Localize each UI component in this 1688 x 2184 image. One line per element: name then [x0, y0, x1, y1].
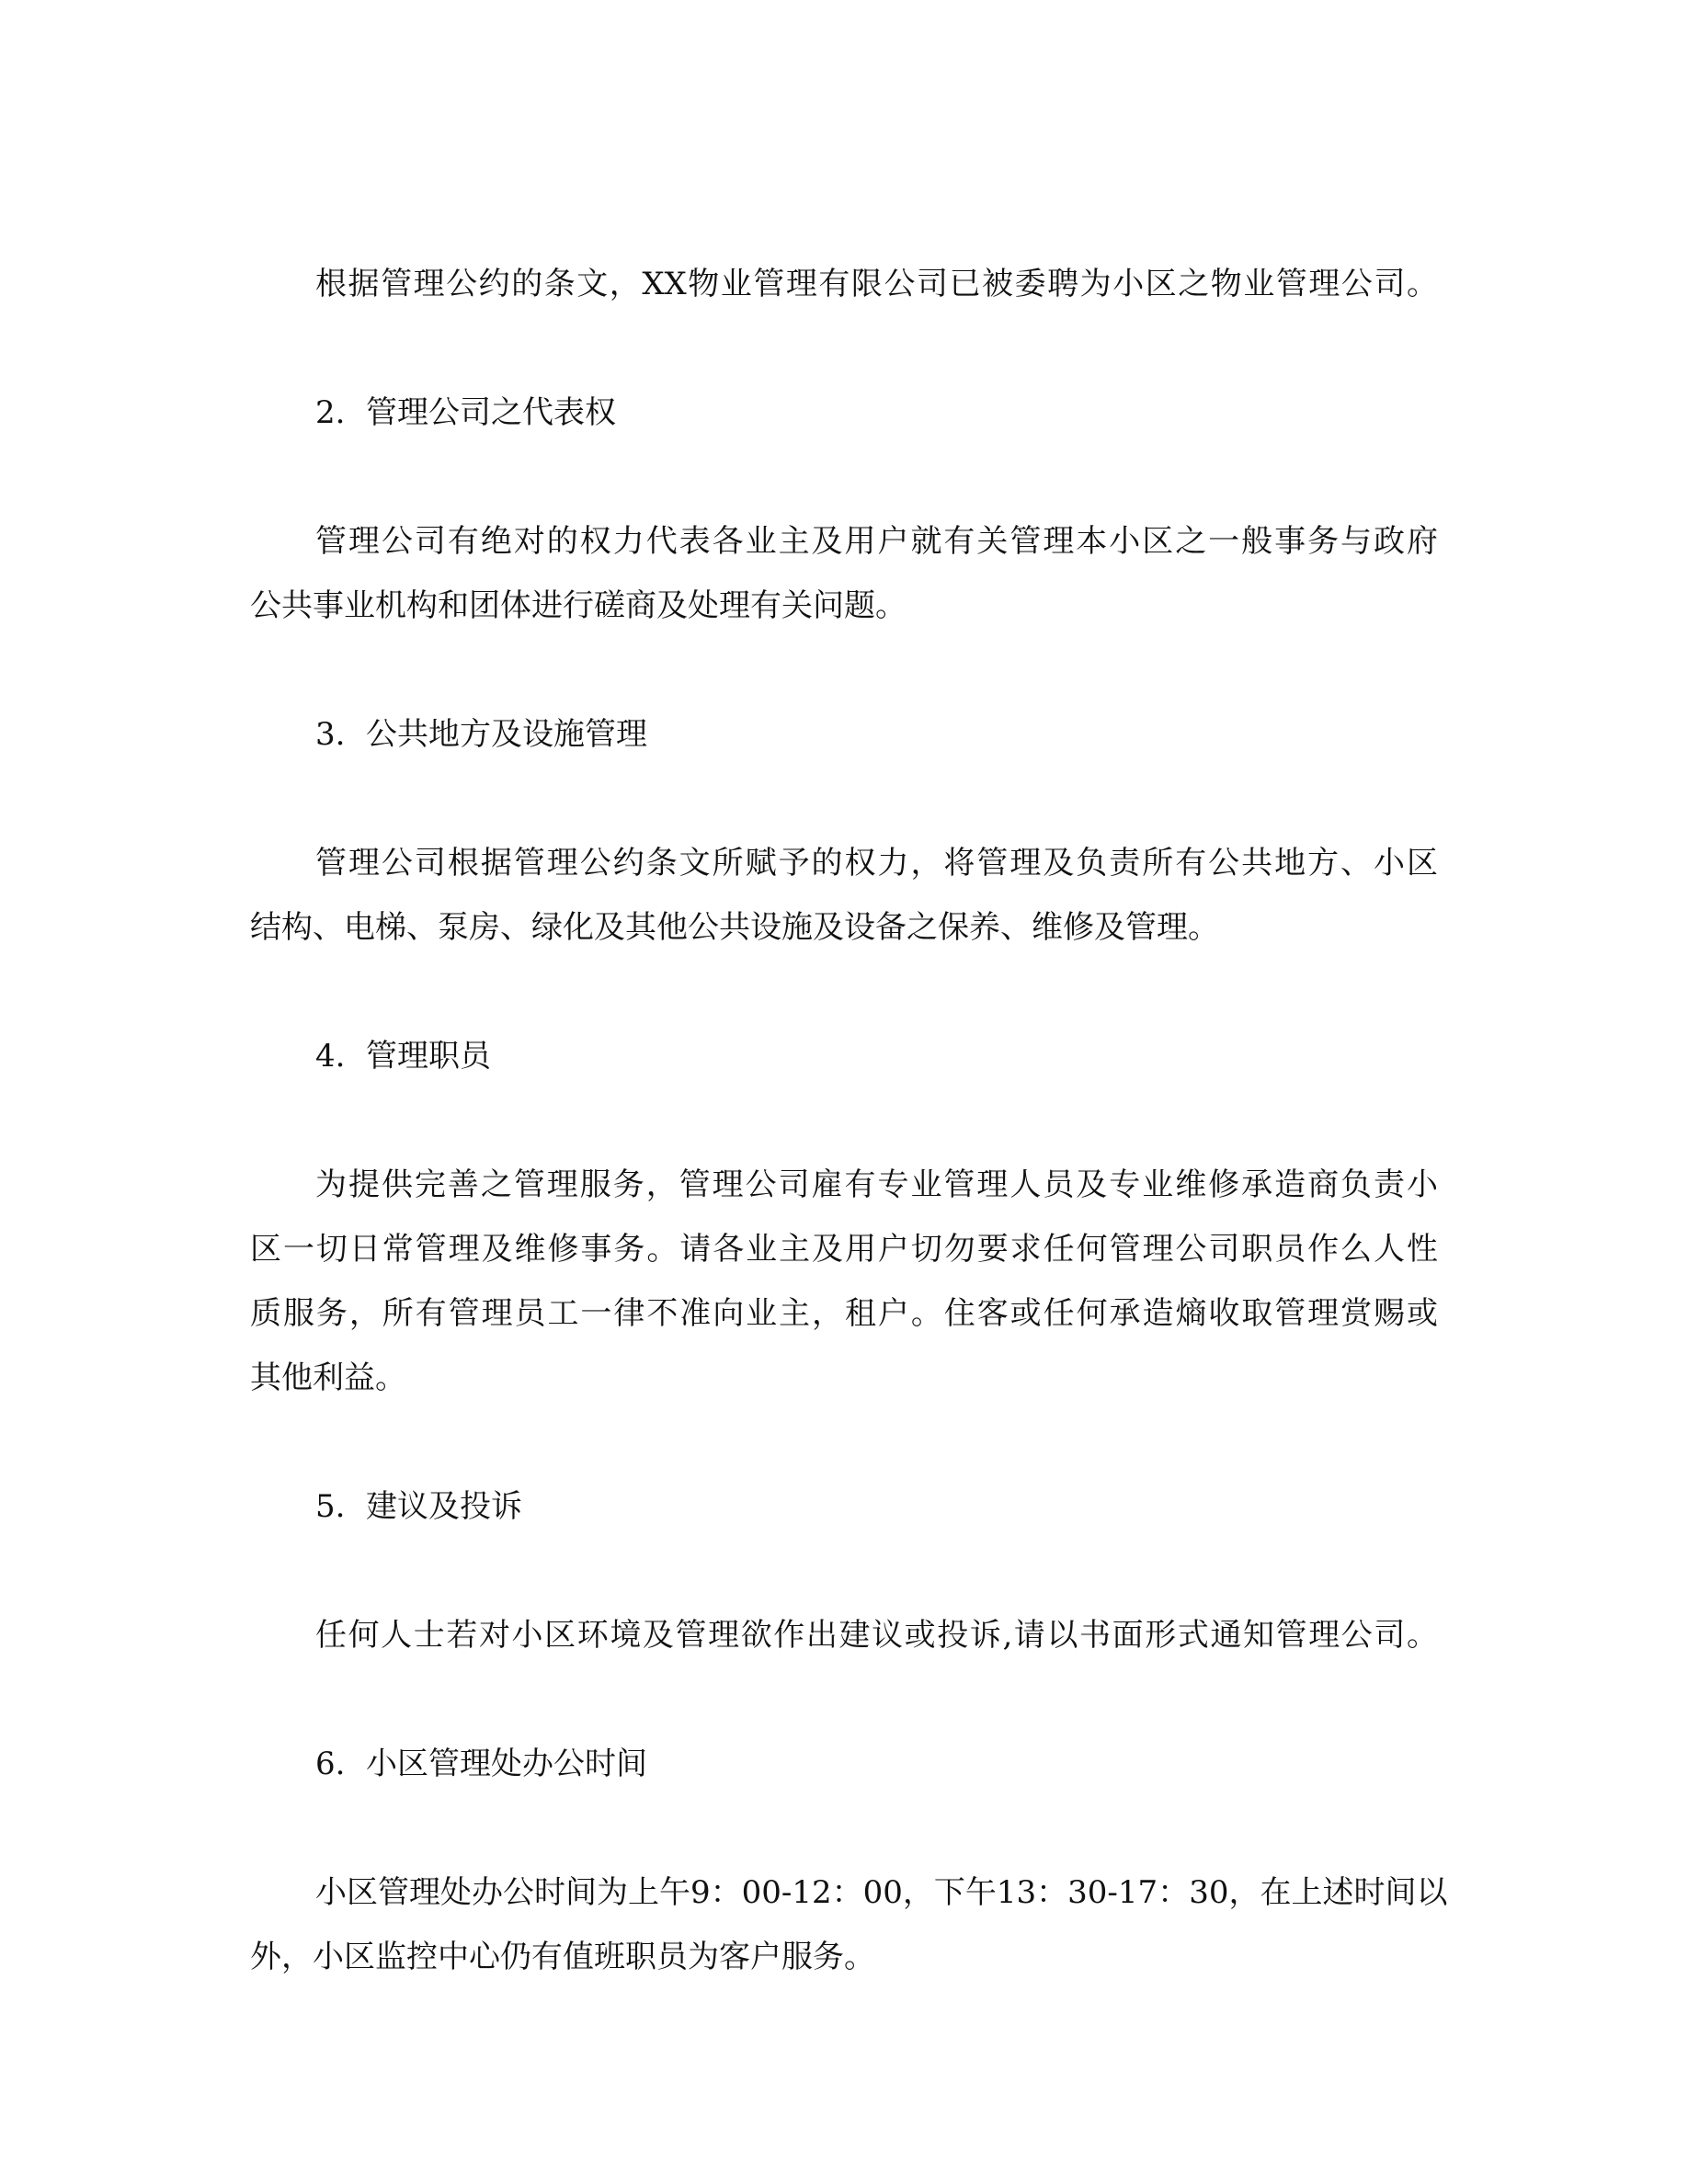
heading-title: 建议及投诉 [366, 1488, 522, 1525]
heading-line: 3.公共地方及设施管理 [250, 702, 1438, 767]
heading-line: 5.建议及投诉 [250, 1474, 1438, 1539]
paragraph-suggestions: 任何人士若对小区环境及管理欲作出建议或投诉,请以书面形式通知管理公司。 [250, 1603, 1438, 1667]
heading-line: 4.管理职员 [250, 1024, 1438, 1088]
heading-title: 管理职员 [366, 1038, 491, 1075]
section-heading-staff: 4.管理职员 [250, 1024, 1438, 1088]
paragraph-office-hours: 小区管理处办公时间为上午9：00-12：00，下午13：30-17：30，在上述… [250, 1860, 1438, 1989]
paragraph-line: 外，小区监控中心仍有值班职员为客户服务。 [250, 1925, 1438, 1989]
heading-number: 3. [315, 702, 366, 767]
heading-number: 6. [315, 1732, 366, 1796]
heading-title: 管理公司之代表权 [366, 394, 616, 431]
heading-line: 2.管理公司之代表权 [250, 381, 1438, 445]
paragraph-line: 其他利益。 [250, 1346, 1438, 1410]
paragraph-staff: 为提供完善之管理服务，管理公司雇有专业管理人员及专业维修承造商负责小 区一切日常… [250, 1153, 1438, 1410]
heading-title: 小区管理处办公时间 [366, 1746, 647, 1782]
heading-line: 6.小区管理处办公时间 [250, 1732, 1438, 1796]
heading-number: 2. [315, 381, 366, 445]
paragraph-line: 根据管理公约的条文，XX物业管理有限公司已被委聘为小区之物业管理公司。 [250, 252, 1438, 316]
paragraph-line: 区一切日常管理及维修事务。请各业主及用户切勿要求任何管理公司职员作么人性 [250, 1217, 1438, 1281]
paragraph-line: 管理公司有绝对的权力代表各业主及用户就有关管理本小区之一般事务与政府 [250, 509, 1438, 574]
heading-title: 公共地方及设施管理 [366, 716, 647, 753]
paragraph-line: 管理公司根据管理公约条文所赋予的权力，将管理及负责所有公共地方、小区 [250, 831, 1438, 895]
paragraph-appointment: 根据管理公约的条文，XX物业管理有限公司已被委聘为小区之物业管理公司。 [250, 252, 1438, 316]
document-page: 根据管理公约的条文，XX物业管理有限公司已被委聘为小区之物业管理公司。 2.管理… [0, 0, 1688, 2184]
heading-number: 5. [315, 1474, 366, 1539]
paragraph-line: 小区管理处办公时间为上午9：00-12：00，下午13：30-17：30，在上述… [250, 1860, 1438, 1925]
section-heading-representation: 2.管理公司之代表权 [250, 381, 1438, 445]
paragraph-line: 结构、电梯、泵房、绿化及其他公共设施及设备之保养、维修及管理。 [250, 895, 1438, 960]
paragraph-representation: 管理公司有绝对的权力代表各业主及用户就有关管理本小区之一般事务与政府 公共事业机… [250, 509, 1438, 638]
section-heading-public-facilities: 3.公共地方及设施管理 [250, 702, 1438, 767]
paragraph-line: 质服务，所有管理员工一律不准向业主，租户。住客或任何承造熵收取管理赏赐或 [250, 1281, 1438, 1346]
paragraph-line: 为提供完善之管理服务，管理公司雇有专业管理人员及专业维修承造商负责小 [250, 1153, 1438, 1217]
section-heading-suggestions: 5.建议及投诉 [250, 1474, 1438, 1539]
paragraph-line: 任何人士若对小区环境及管理欲作出建议或投诉,请以书面形式通知管理公司。 [250, 1603, 1438, 1667]
section-heading-office-hours: 6.小区管理处办公时间 [250, 1732, 1438, 1796]
document-body: 根据管理公约的条文，XX物业管理有限公司已被委聘为小区之物业管理公司。 2.管理… [250, 252, 1438, 1989]
heading-number: 4. [315, 1024, 366, 1088]
paragraph-public-facilities: 管理公司根据管理公约条文所赋予的权力，将管理及负责所有公共地方、小区 结构、电梯… [250, 831, 1438, 960]
paragraph-line: 公共事业机构和团体进行磋商及处理有关问题。 [250, 574, 1438, 638]
